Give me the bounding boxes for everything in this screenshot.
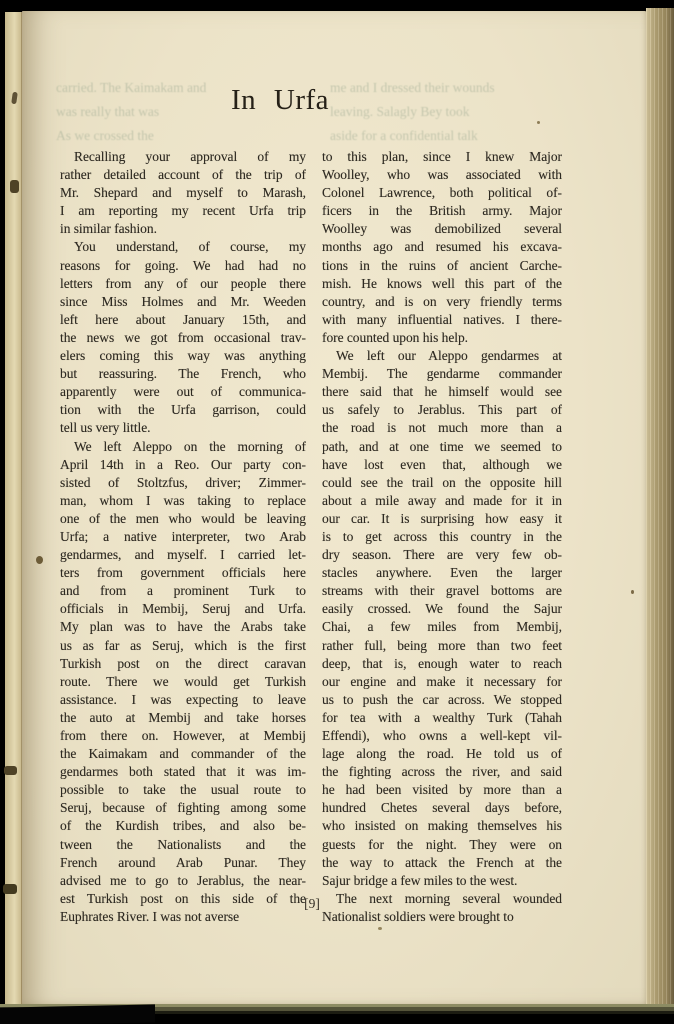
- text-line: deep, that is, enough water to reach: [322, 655, 562, 673]
- text-line: assistance. I was expecting to leave: [60, 691, 306, 709]
- page-speck: [537, 121, 540, 124]
- text-line: officials in Membij, Seruj and Urfa.: [60, 600, 306, 618]
- text-line: My plan was to have the Arabs take: [60, 618, 306, 636]
- text-line: guests for the night. They were on: [322, 836, 562, 854]
- text-line: Sajur bridge a few miles to the west.: [322, 872, 562, 890]
- text-line: We left Aleppo on the morning of: [60, 438, 306, 456]
- text-line: tions in the ruins of ancient Carche-: [322, 257, 562, 275]
- text-line: from there on. However, at Membij: [60, 727, 306, 745]
- text-line: reasons for going. We had had no: [60, 257, 306, 275]
- text-line: Turkish post on the direct caravan: [60, 655, 306, 673]
- text-line: about a mile away and made for it in: [322, 492, 562, 510]
- paragraph: The next morning several woundedNational…: [322, 890, 562, 926]
- text-line: who insisted on making themselves his: [322, 817, 562, 835]
- text-line: but reassuring. The French, who: [60, 365, 306, 383]
- text-line: us as far as Seruj, which is the first: [60, 637, 306, 655]
- text-line: there said that he himself would see: [322, 383, 562, 401]
- text-line: our car. It is surprising how easy it: [322, 510, 562, 528]
- text-line: in similar fashion.: [60, 220, 306, 238]
- text-line: fore counted upon his help.: [322, 329, 562, 347]
- text-line: Urfa; a native interpreter, two Arab: [60, 528, 306, 546]
- text-column-left: Recalling your approval of myrather deta…: [60, 148, 306, 926]
- text-column-right: to this plan, since I knew MajorWoolley,…: [322, 148, 562, 926]
- text-line: to this plan, since I knew Major: [322, 148, 562, 166]
- bleedthrough-line: As we crossed the: [56, 124, 241, 148]
- text-line: gendarmes both stated that it was im-: [60, 763, 306, 781]
- text-line: You understand, of course, my: [60, 238, 306, 256]
- bleedthrough-line: aside for a confidential talk: [330, 124, 545, 148]
- text-line: with many influential natives. I there-: [322, 311, 562, 329]
- text-line: man, whom I was taking to replace: [60, 492, 306, 510]
- paragraph: We left Aleppo on the morning ofApril 14…: [60, 438, 306, 927]
- text-line: sisted of Stoltzfus, driver; Zimmer-: [60, 474, 306, 492]
- text-line: Chai, a few miles from Membij,: [322, 618, 562, 636]
- text-line: elers coming this way was anything: [60, 347, 306, 365]
- text-line: advised me to go to Jerablus, the near-: [60, 872, 306, 890]
- text-line: The next morning several wounded: [322, 890, 562, 908]
- text-line: the road is not much more than a: [322, 419, 562, 437]
- text-line: us safely to Jerablus. This part of: [322, 401, 562, 419]
- page-speck: [378, 927, 382, 930]
- text-line: mish. He knows well this part of the: [322, 275, 562, 293]
- text-line: he had been visited by more than a: [322, 781, 562, 799]
- text-line: one of the men who would be leaving: [60, 510, 306, 528]
- text-line: rather full, being more than two feet: [322, 637, 562, 655]
- page-speck: [631, 590, 634, 594]
- text-line: have lost even that, although we: [322, 456, 562, 474]
- text-line: hundred Chetes several days before,: [322, 799, 562, 817]
- binding-stitch: [3, 884, 17, 894]
- text-line: route. There we would get Turkish: [60, 673, 306, 691]
- text-line: easily crossed. We found the Sajur: [322, 600, 562, 618]
- text-line: rather detailed account of the trip of: [60, 166, 306, 184]
- binding-stitch: [36, 556, 43, 564]
- text-line: of the Kurdish tribes, and also be-: [60, 817, 306, 835]
- text-line: Nationalist soldiers were brought to: [322, 908, 562, 926]
- paragraph: to this plan, since I knew MajorWoolley,…: [322, 148, 562, 347]
- text-line: tween the Nationalists and the: [60, 836, 306, 854]
- text-line: left here about January 15th, and: [60, 311, 306, 329]
- text-line: I am reporting my recent Urfa trip: [60, 202, 306, 220]
- page-title: In Urfa: [180, 84, 380, 117]
- text-line: the auto at Membij and take horses: [60, 709, 306, 727]
- text-line: letters from any of our people there: [60, 275, 306, 293]
- page-number: [9]: [282, 896, 342, 912]
- text-line: tion with the Urfa garrison, could: [60, 401, 306, 419]
- text-line: Woolley was demobilized several: [322, 220, 562, 238]
- text-line: est Turkish post on this side of the: [60, 890, 306, 908]
- text-line: us to push the car across. We stopped: [322, 691, 562, 709]
- text-line: could see the trail on the opposite hill: [322, 474, 562, 492]
- text-line: since Miss Holmes and Mr. Weeden: [60, 293, 306, 311]
- paragraph: You understand, of course, myreasons for…: [60, 238, 306, 437]
- text-line: the fighting across the river, and said: [322, 763, 562, 781]
- text-line: for tea with a wealthy Turk (Tahah: [322, 709, 562, 727]
- text-line: Effendi), who owns a well-kept vil-: [322, 727, 562, 745]
- paragraph: Recalling your approval of myrather deta…: [60, 148, 306, 238]
- text-line: gendarmes, and myself. I carried let-: [60, 546, 306, 564]
- text-line: the Kaimakam and commander of the: [60, 745, 306, 763]
- text-line: dry season. There are very few ob-: [322, 546, 562, 564]
- text-line: months ago and resumed his excava-: [322, 238, 562, 256]
- text-line: possible to take the usual route to: [60, 781, 306, 799]
- text-line: path, and at one time we seemed to: [322, 438, 562, 456]
- text-line: ficers in the British army. Major: [322, 202, 562, 220]
- book-bottom-edge: [0, 1004, 674, 1024]
- text-line: Recalling your approval of my: [60, 148, 306, 166]
- text-line: Membij. The gendarme commander: [322, 365, 562, 383]
- text-line: Colonel Lawrence, both political of-: [322, 184, 562, 202]
- binding-stitch: [10, 180, 19, 193]
- text-line: French around Arab Punar. They: [60, 854, 306, 872]
- text-line: We left our Aleppo gendarmes at: [322, 347, 562, 365]
- text-line: Mr. Shepard and myself to Marash,: [60, 184, 306, 202]
- text-line: streams with their gravel bottoms are: [322, 582, 562, 600]
- text-line: tell us very little.: [60, 419, 306, 437]
- text-line: apparently were out of communica-: [60, 383, 306, 401]
- text-line: our engine and make it necessary for: [322, 673, 562, 691]
- text-line: country, and is on very friendly terms: [322, 293, 562, 311]
- scanned-book-page-photo: carried. The Kaimakam andwas really that…: [0, 0, 674, 1024]
- text-line: Woolley, who was associated with: [322, 166, 562, 184]
- text-line: is to get across this country in the: [322, 528, 562, 546]
- text-line: Euphrates River. I was not averse: [60, 908, 306, 926]
- page-edges-right: [646, 8, 674, 1010]
- paragraph: We left our Aleppo gendarmes atMembij. T…: [322, 347, 562, 890]
- text-line: ters from government officials here: [60, 564, 306, 582]
- text-line: stacles anywhere. Even the larger: [322, 564, 562, 582]
- bottom-left-corner-shadow: [0, 1004, 155, 1024]
- text-line: and from a prominent Turk to: [60, 582, 306, 600]
- text-line: lage along the road. He told us of: [322, 745, 562, 763]
- text-line: the way to attack the French at the: [322, 854, 562, 872]
- text-line: Seruj, because of fighting among some: [60, 799, 306, 817]
- binding-stitch: [4, 766, 17, 775]
- text-line: April 14th in a Reo. Our party con-: [60, 456, 306, 474]
- text-line: the news we got from occasional trav-: [60, 329, 306, 347]
